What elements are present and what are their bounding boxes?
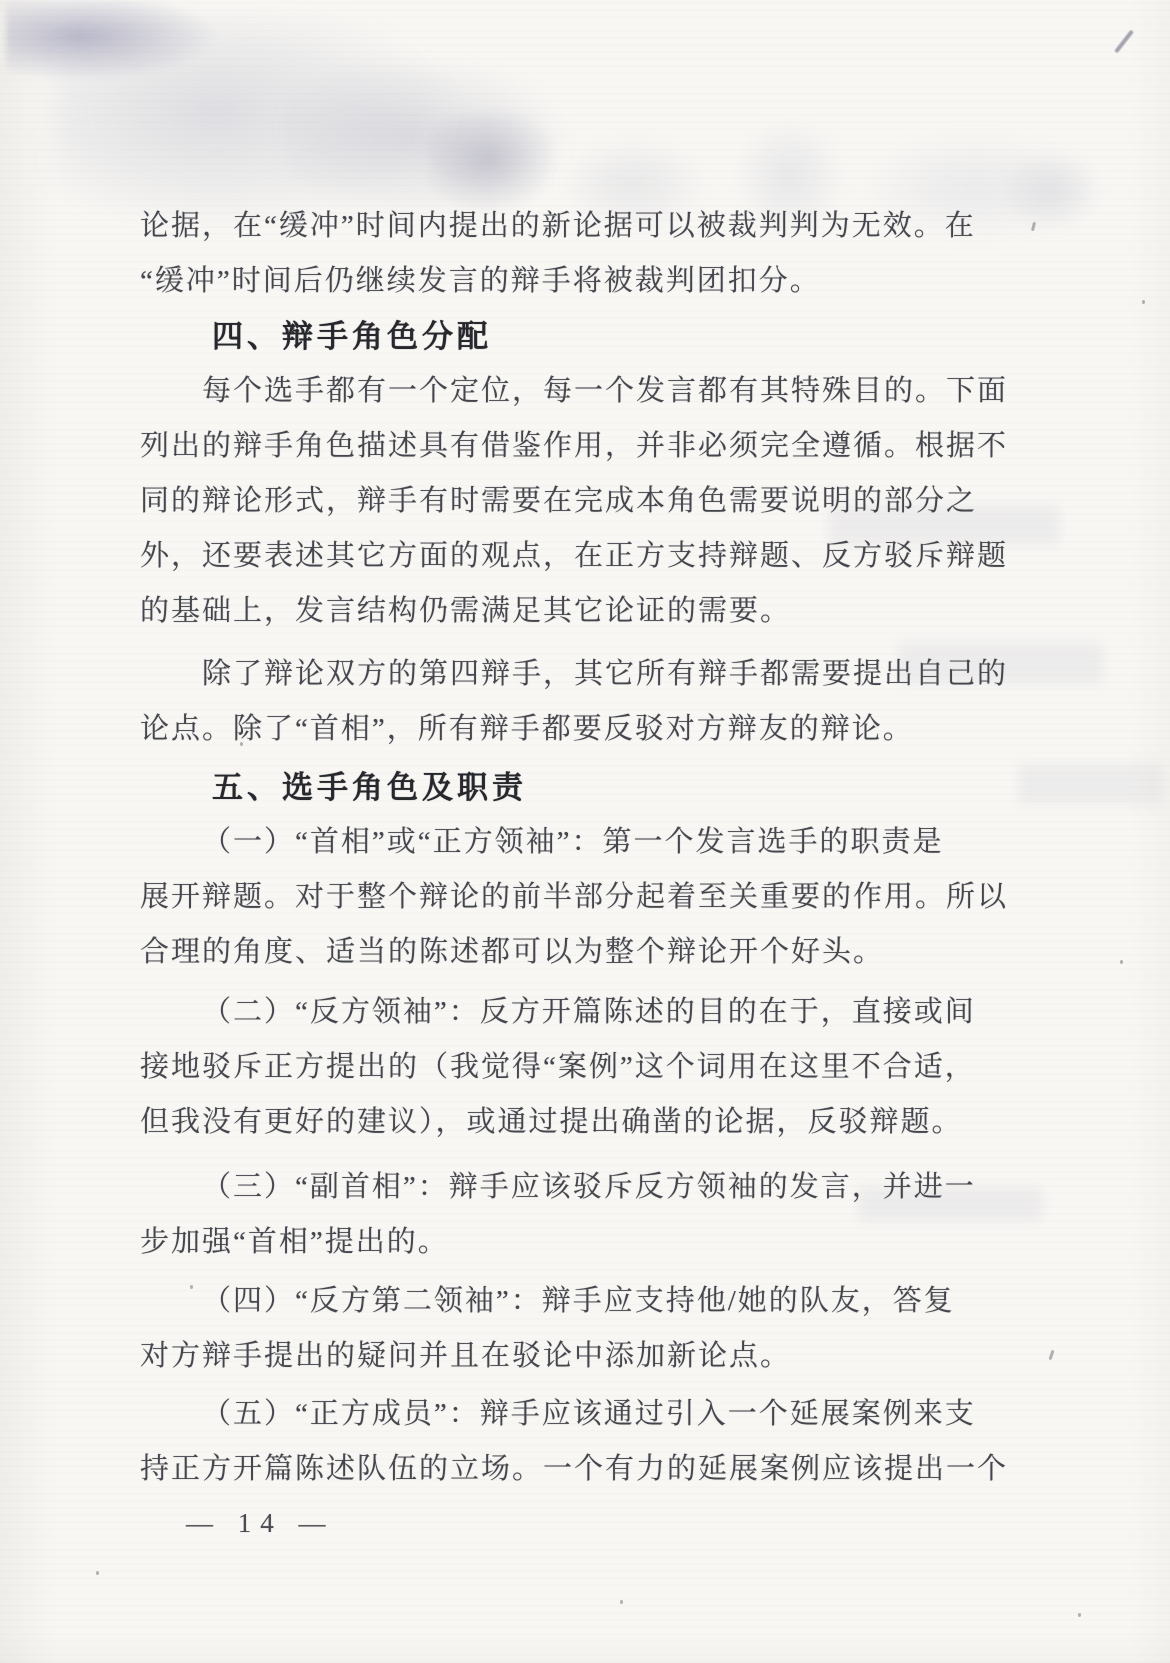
role-2-opposition-leader-paragraph: （二）“反方领袖”：反方开篇陈述的目的在于，直接或间接地驳斥正方提出的（我觉得“… — [140, 985, 1037, 1150]
scanned-page: 论据，在“缓冲”时间内提出的新论据可以被裁判判为无效。在“缓冲”时间后仍继续发言… — [0, 0, 1170, 1663]
text-blocks: 论据，在“缓冲”时间内提出的新论据可以被裁判判为无效。在“缓冲”时间后仍继续发言… — [140, 199, 1037, 1497]
section-heading: 四、辩手角色分配 — [140, 309, 1037, 364]
text-line: （二）“反方领袖”：反方开篇陈述的目的在于，直接或间 — [140, 985, 1037, 1040]
bleed-through-ghost — [1018, 764, 1163, 804]
text-line: 论点。除了“首相”，所有辩手都要反驳对方辩友的辩论。 — [140, 702, 1037, 757]
scan-speck — [1120, 960, 1123, 964]
scan-speck — [1049, 1350, 1055, 1360]
text-line: （五）“正方成员”：辩手应该通过引入一个延展案例来支 — [140, 1387, 1037, 1442]
section-heading: 五、选手角色及职责 — [140, 760, 1037, 815]
role-overview-paragraph: 每个选手都有一个定位，每一个发言都有其特殊目的。下面列出的辩手角色描述具有借鉴作… — [140, 364, 1037, 639]
text-line: 但我没有更好的建议），或通过提出确凿的论据，反驳辩题。 — [140, 1095, 1037, 1150]
page-number: — 14 — — [140, 1502, 1037, 1544]
text-line: 外，还要表述其它方面的观点，在正方支持辩题、反方驳斥辩题 — [140, 529, 1037, 584]
text-line: “缓冲”时间后仍继续发言的辩手将被裁判团扣分。 — [140, 254, 1037, 309]
text-line: 持正方开篇陈述队伍的立场。一个有力的延展案例应该提出一个 — [140, 1442, 1037, 1497]
text-line: （三）“副首相”：辩手应该驳斥反方领袖的发言，并进一 — [140, 1160, 1037, 1215]
text-line: （四）“反方第二领袖”：辩手应支持他/她的队友，答复 — [140, 1274, 1037, 1329]
text-line: 步加强“首相”提出的。 — [140, 1215, 1037, 1270]
text-line: 展开辩题。对于整个辩论的前半部分起着至关重要的作用。所以 — [140, 870, 1037, 925]
scan-speck — [96, 1571, 99, 1575]
pen-mark — [1114, 30, 1134, 54]
text-line: 列出的辩手角色描述具有借鉴作用，并非必须完全遵循。根据不 — [140, 419, 1037, 474]
scan-speck — [1142, 300, 1145, 304]
text-line: 除了辩论双方的第四辩手，其它所有辩手都需要提出自己的 — [140, 647, 1037, 702]
scan-speck — [620, 1600, 623, 1604]
buffer-rule-paragraph: 论据，在“缓冲”时间内提出的新论据可以被裁判判为无效。在“缓冲”时间后仍继续发言… — [140, 199, 1037, 309]
text-line: 合理的角度、适当的陈述都可以为整个辩论开个好头。 — [140, 925, 1037, 980]
role-4-second-opposition-leader-paragraph: （四）“反方第二领袖”：辩手应支持他/她的队友，答复对方辩手提出的疑问并且在驳论… — [140, 1274, 1037, 1384]
role-1-prime-minister-paragraph: （一）“首相”或“正方领袖”：第一个发言选手的职责是展开辩题。对于整个辩论的前半… — [140, 815, 1037, 980]
text-line: 论据，在“缓冲”时间内提出的新论据可以被裁判判为无效。在 — [140, 199, 1037, 254]
text-line: 的基础上，发言结构仍需满足其它论证的需要。 — [140, 584, 1037, 639]
section-5-heading: 五、选手角色及职责 — [140, 760, 1037, 815]
section-4-heading: 四、辩手角色分配 — [140, 309, 1037, 364]
text-line: 对方辩手提出的疑问并且在驳论中添加新论点。 — [140, 1329, 1037, 1384]
role-3-deputy-prime-minister-paragraph: （三）“副首相”：辩手应该驳斥反方领袖的发言，并进一步加强“首相”提出的。 — [140, 1160, 1037, 1270]
ink-smudge — [6, 0, 216, 80]
text-line: 每个选手都有一个定位，每一个发言都有其特殊目的。下面 — [140, 364, 1037, 419]
text-line: 同的辩论形式，辩手有时需要在完成本角色需要说明的部分之 — [140, 474, 1037, 529]
ink-smudge — [285, 55, 575, 220]
page-content: 论据，在“缓冲”时间内提出的新论据可以被裁判判为无效。在“缓冲”时间后仍继续发言… — [140, 199, 1037, 1544]
role-5-government-member-paragraph: （五）“正方成员”：辩手应该通过引入一个延展案例来支持正方开篇陈述队伍的立场。一… — [140, 1387, 1037, 1497]
fourth-speaker-paragraph: 除了辩论双方的第四辩手，其它所有辩手都需要提出自己的论点。除了“首相”，所有辩手… — [140, 647, 1037, 757]
text-line: （一）“首相”或“正方领袖”：第一个发言选手的职责是 — [140, 815, 1037, 870]
scan-speck — [1078, 1613, 1081, 1617]
text-line: 接地驳斥正方提出的（我觉得“案例”这个词用在这里不合适， — [140, 1040, 1037, 1095]
